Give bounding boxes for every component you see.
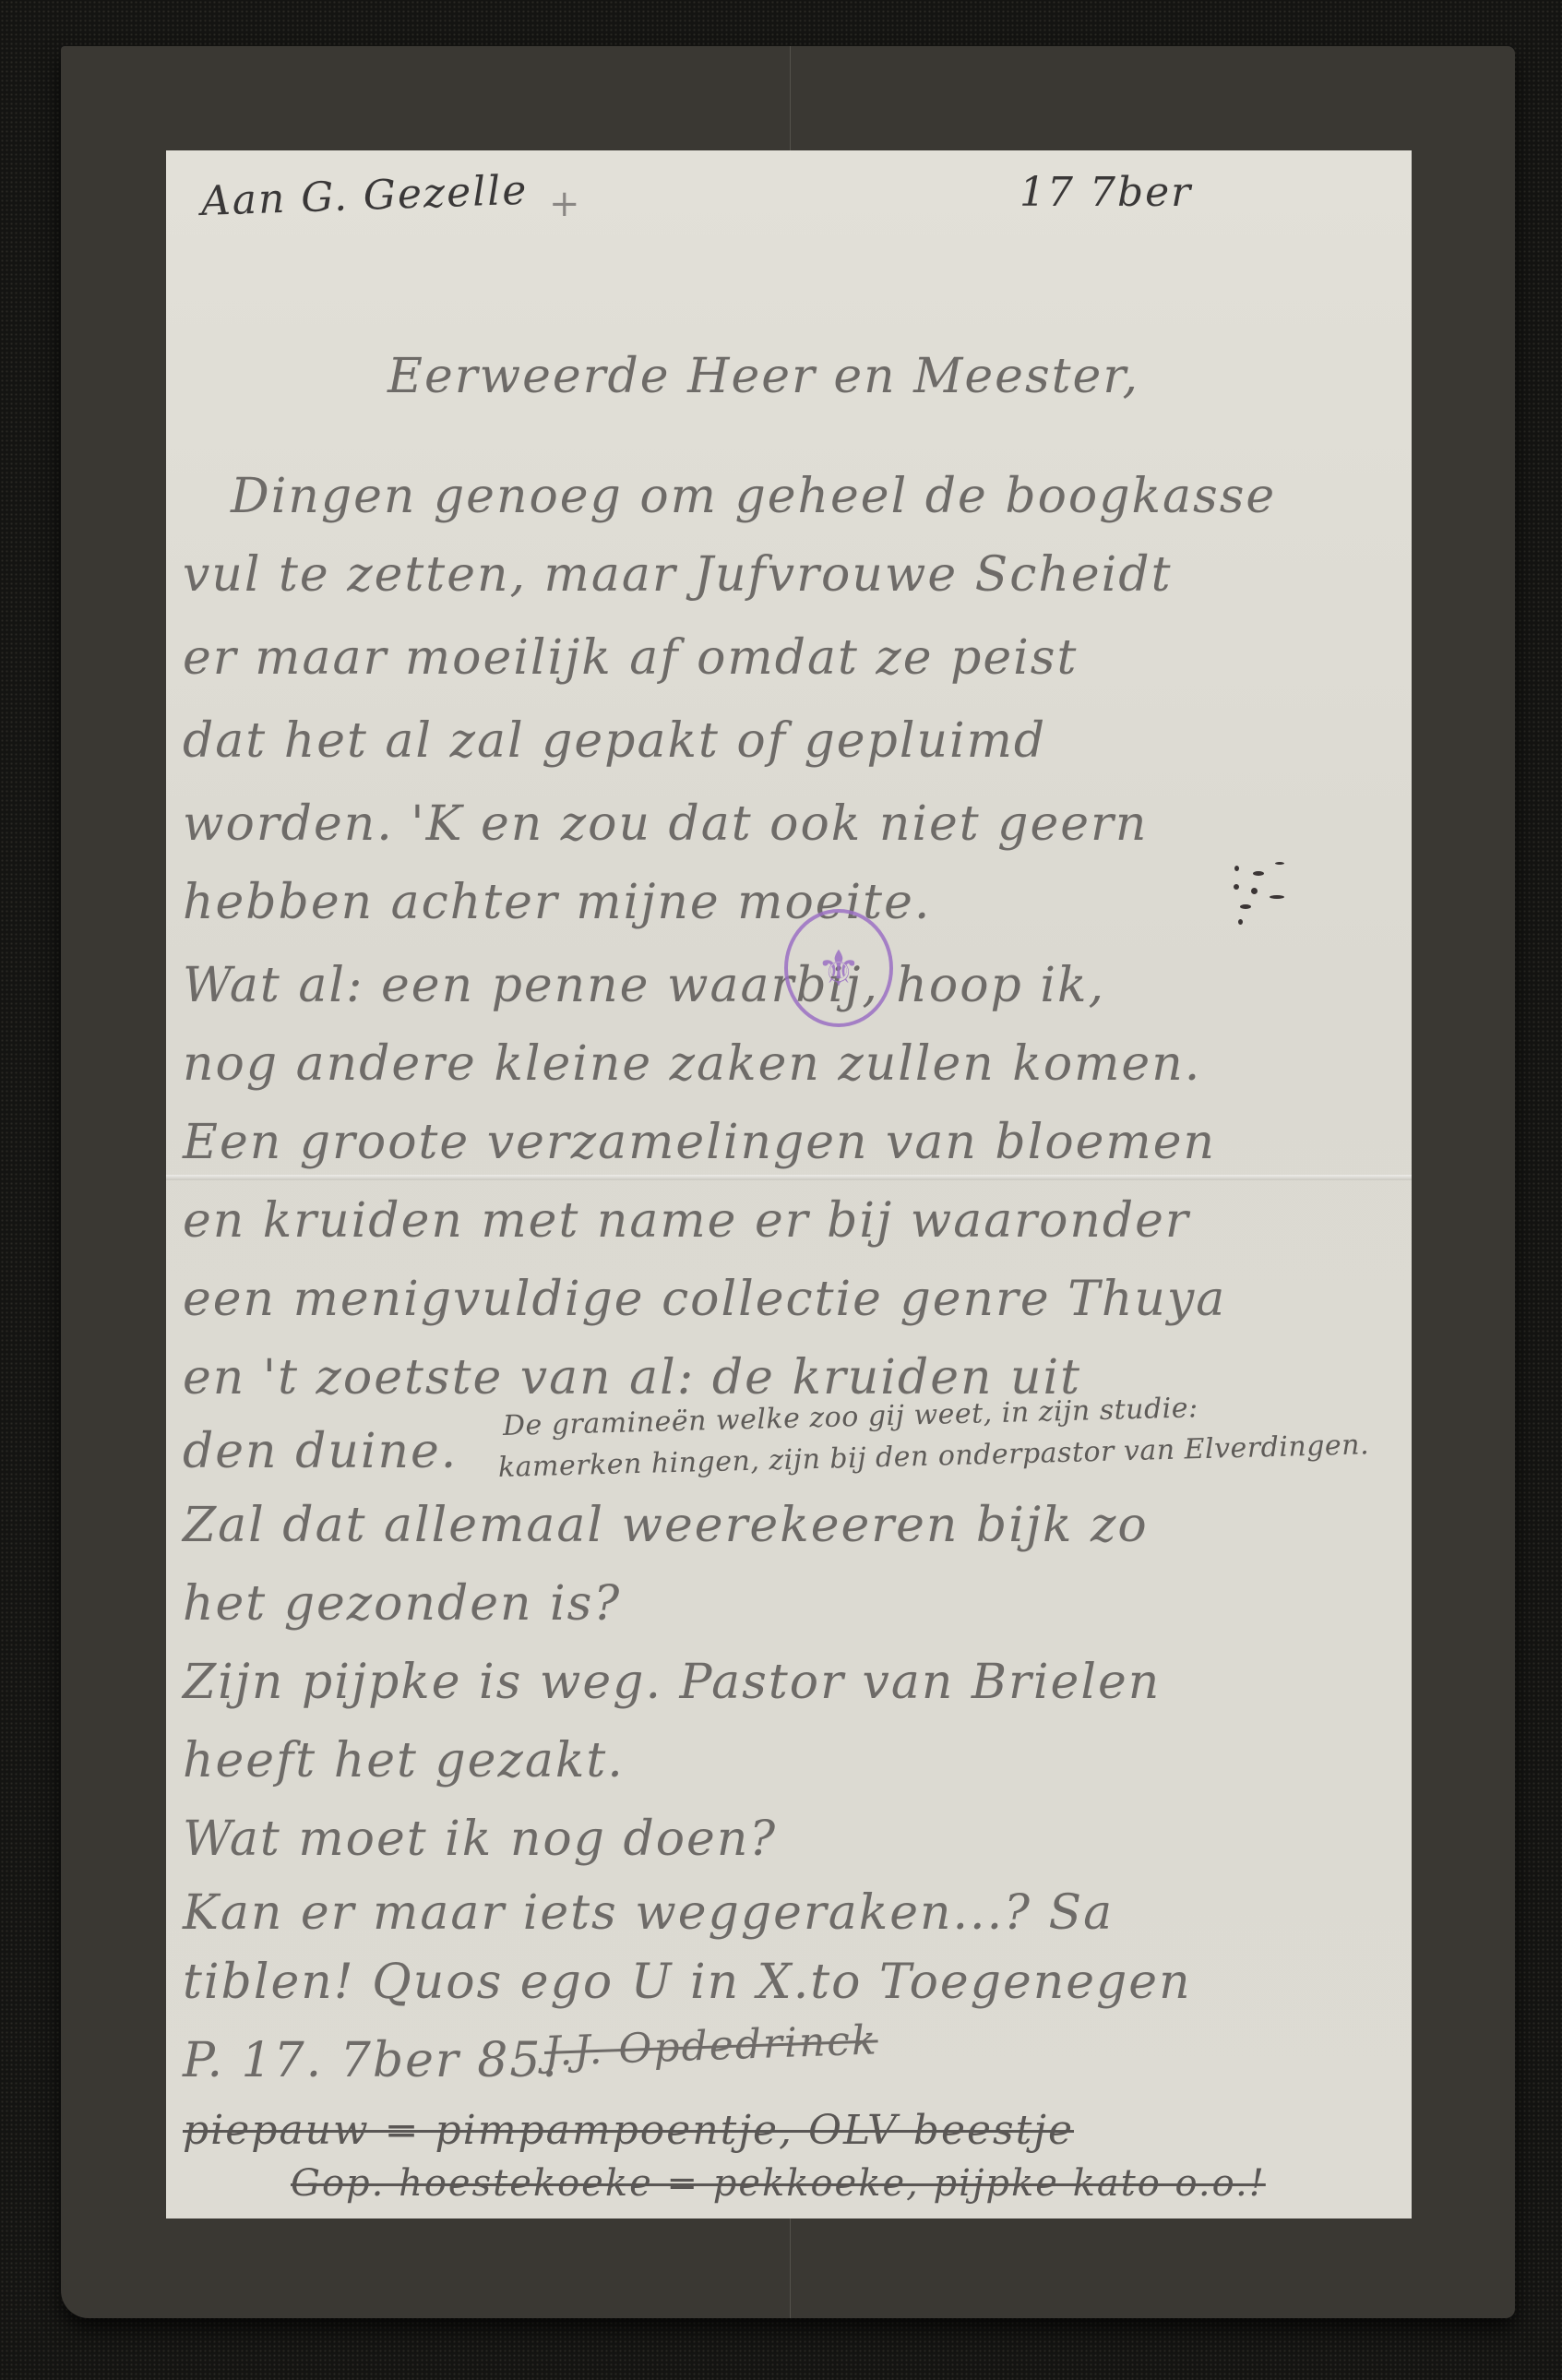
addressee-note: Aan G. Gezelle xyxy=(200,167,529,225)
body-line-19: Kan er maar iets weggeraken...? Sa xyxy=(183,1885,1114,1941)
signature: J.J. Opdedrinck xyxy=(543,2016,878,2075)
body-line-7: Wat al: een penne waarbij, hoop ik, xyxy=(183,958,1105,1013)
body-line-15: het gezonden is? xyxy=(183,1576,621,1632)
body-line-4: dat het al zal gepakt of gepluimd xyxy=(183,713,1046,769)
salutation: Eerweerde Heer en Meester, xyxy=(388,349,1139,404)
body-line-2: vul te zetten, maar Jufvrouwe Scheidt xyxy=(183,547,1172,603)
body-line-17: heeft het gezakt. xyxy=(183,1733,625,1788)
fold-line xyxy=(166,1175,1412,1180)
body-line-8: nog andere kleine zaken zullen komen. xyxy=(183,1036,1201,1092)
body-line-10: en kruiden met name er bij waaronder xyxy=(183,1193,1190,1249)
struck-note-2: Gop. hoestekoeke = pekkoeke, pijpke kato… xyxy=(291,2162,1266,2205)
body-line-16: Zijn pijpke is weg. Pastor van Brielen xyxy=(183,1655,1161,1710)
letter-paper: Aan G. Gezelle + 17 7ber Eerweerde Heer … xyxy=(166,150,1412,2219)
body-line-3: er maar moeilijk af omdat ze peist xyxy=(183,630,1078,686)
body-line-9: Een groote verzamelingen van bloemen xyxy=(183,1115,1216,1170)
cross-mark: + xyxy=(549,183,582,225)
place-date: P. 17. 7ber 85. xyxy=(183,2033,559,2088)
ink-blot-marks xyxy=(1227,856,1310,921)
date-note: 17 7ber xyxy=(1019,169,1192,216)
body-line-1: Dingen genoeg om geheel de boogkasse xyxy=(231,469,1276,524)
struck-note-1: piepauw = pimpampoentje, OLV beestje xyxy=(183,2107,1074,2154)
fleur-de-lis-stamp-icon: ⚜ xyxy=(784,909,893,1027)
body-line-12: en 't zoetste van al: de kruiden uit xyxy=(183,1350,1081,1405)
body-line-20: tiblen! Quos ego U in X.to Toegenegen xyxy=(183,1955,1192,2010)
body-line-14: Zal dat allemaal weerekeeren bijk zo xyxy=(183,1498,1149,1553)
body-line-5: worden. 'K en zou dat ook niet geern xyxy=(183,796,1148,852)
body-line-13: den duine. xyxy=(183,1424,458,1479)
body-line-18: Wat moet ik nog doen? xyxy=(183,1812,777,1867)
body-line-11: een menigvuldige collectie genre Thuya xyxy=(183,1272,1226,1327)
